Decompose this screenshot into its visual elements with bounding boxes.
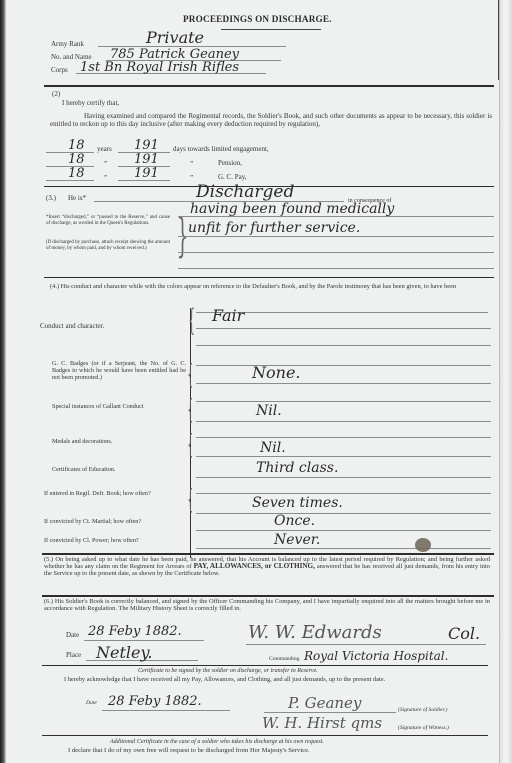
section3-label: He is* — [68, 194, 86, 202]
defaulter-book-label: If entered in Regtl. Defr. Book; how oft… — [44, 490, 184, 497]
section5-caps: PAY, ALLOWANCES, or CLOTHING, — [194, 562, 315, 570]
defaulter-book-value: Seven times. — [252, 495, 343, 511]
additional-text: I declare that I do of my own free will … — [68, 747, 310, 755]
section2-intro: I hereby certify that, — [62, 99, 119, 107]
reason-line-2 — [178, 236, 494, 237]
discharge-reason-line1: having been found medically — [190, 201, 394, 217]
discharge-document-page: PROCEEDINGS ON DISCHARGE. Army Rank Priv… — [6, 0, 500, 763]
date-line — [84, 640, 204, 641]
gc-badges-label: G. C. Badges (or if a Serjeant, the No. … — [52, 360, 186, 381]
pension-label: Pension, — [218, 159, 242, 167]
divider — [42, 553, 494, 555]
officer-signature: W. W. Edwards — [248, 622, 382, 643]
section5-text: (5.) On being asked up to what date he h… — [44, 556, 490, 578]
divider — [42, 735, 488, 736]
corps-value: 1st Bn Royal Irish Rifles — [80, 60, 239, 75]
conduct-value: Fair — [212, 306, 244, 325]
brace-icon: { — [187, 397, 193, 423]
days-value: 191 — [134, 152, 159, 167]
brace-icon: { — [187, 487, 193, 513]
additional-heading: Additional Certificate in the case of a … — [110, 739, 324, 745]
gc-badges-value: None. — [252, 363, 301, 382]
days-label: days towards limited engagement, — [173, 145, 269, 153]
brace-icon: { — [188, 306, 195, 336]
section5-number: (5.) — [44, 556, 53, 563]
divider — [42, 665, 488, 666]
rank-label: Army Rank — [51, 40, 84, 48]
place-label: Place — [66, 651, 81, 659]
witness-signature: W. H. Hirst qms — [262, 714, 382, 732]
section3-note-purchase: (If discharged by purchase, attach recei… — [46, 240, 170, 252]
certificate-date-line — [102, 710, 230, 711]
reason-line-3 — [178, 252, 494, 253]
years-value: 18 — [68, 152, 85, 167]
court-martial-value: Once. — [274, 513, 315, 529]
divider — [42, 595, 494, 597]
certificate-text: I hereby acknowledge that I have receive… — [46, 676, 490, 683]
ink-stain — [415, 538, 431, 552]
gallant-conduct-value: Nil. — [256, 403, 282, 419]
section6-number: (6.) — [44, 598, 53, 605]
discharge-reason-line2: unfit for further service. — [188, 220, 360, 236]
cl-power-label: If convicted by Cl. Power; how often? — [44, 538, 139, 544]
education-label: Certificates of Education. — [52, 467, 115, 473]
brace-icon: { — [187, 432, 193, 458]
commanding-value: Royal Victoria Hospital. — [304, 649, 448, 663]
section2-number: (2) — [52, 90, 60, 98]
cl-power-value: Never. — [274, 532, 320, 548]
soldier-signature: P. Geaney — [288, 694, 361, 712]
ditto-mark: ” — [104, 160, 107, 168]
soldier-signature-line — [264, 712, 396, 713]
witness-signature-label: (Signature of Witness.) — [398, 725, 449, 731]
title-underline — [221, 29, 321, 30]
certificate-date-label: Date — [86, 700, 97, 706]
document-title: PROCEEDINGS ON DISCHARGE. — [183, 14, 332, 24]
section4-intro: (4.) His conduct and character while wit… — [50, 283, 492, 290]
section3-note-insert: *Insert “discharged,” or “passed to the … — [46, 215, 170, 227]
commanding-label: Commanding — [269, 656, 299, 662]
section6-text: (6.) His Soldier's Book is correctly bal… — [44, 598, 490, 612]
certificate-date-value: 28 Feby 1882. — [108, 694, 202, 709]
court-martial-label: If convicted by Ct. Martial; how often? — [44, 519, 141, 525]
education-value: Third class. — [256, 460, 338, 476]
years-value: 18 — [68, 166, 85, 181]
certificate-heading: Certificate to be signed by the soldier … — [138, 668, 318, 674]
date-value: 28 Feby 1882. — [88, 624, 182, 639]
section4-intro-text: His conduct and character while with the… — [61, 283, 456, 290]
section4-number: (4.) — [50, 283, 59, 290]
days-value: 191 — [134, 138, 159, 153]
ditto-mark: ” — [104, 174, 107, 182]
medals-label: Medals and decorations. — [52, 439, 112, 445]
reason-line-4 — [178, 268, 494, 269]
gallant-conduct-label: Special instances of Gallant Conduct — [52, 404, 143, 410]
days-value: 191 — [134, 166, 159, 181]
conduct-label: Conduct and character. — [40, 322, 104, 330]
medals-value: Nil. — [260, 440, 286, 456]
rank-value: Private — [146, 28, 204, 47]
ditto-mark: ” — [190, 174, 193, 182]
brace-icon: { — [187, 362, 193, 388]
section6-body: His Soldier's Book is correctly balanced… — [44, 598, 490, 612]
divider — [44, 85, 494, 87]
years-value: 18 — [68, 138, 85, 153]
soldier-signature-label: (Signature of Soldier.) — [398, 707, 447, 713]
gc-pay-label: G. C. Pay, — [218, 173, 247, 181]
ditto-mark: ” — [190, 160, 193, 168]
section2-body: Having examined and compared the Regimen… — [50, 112, 492, 128]
signature-line — [246, 644, 486, 645]
section3-number: (3.) — [46, 194, 56, 202]
corps-label: Corps — [51, 66, 68, 74]
officer-rank: Col. — [448, 624, 480, 643]
page-right-edge — [499, 0, 512, 763]
years-label: years — [97, 145, 112, 153]
divider — [44, 277, 494, 278]
place-value: Netley. — [96, 643, 152, 662]
date-label: Date — [66, 631, 79, 639]
discharge-status-value: Discharged — [196, 182, 294, 202]
